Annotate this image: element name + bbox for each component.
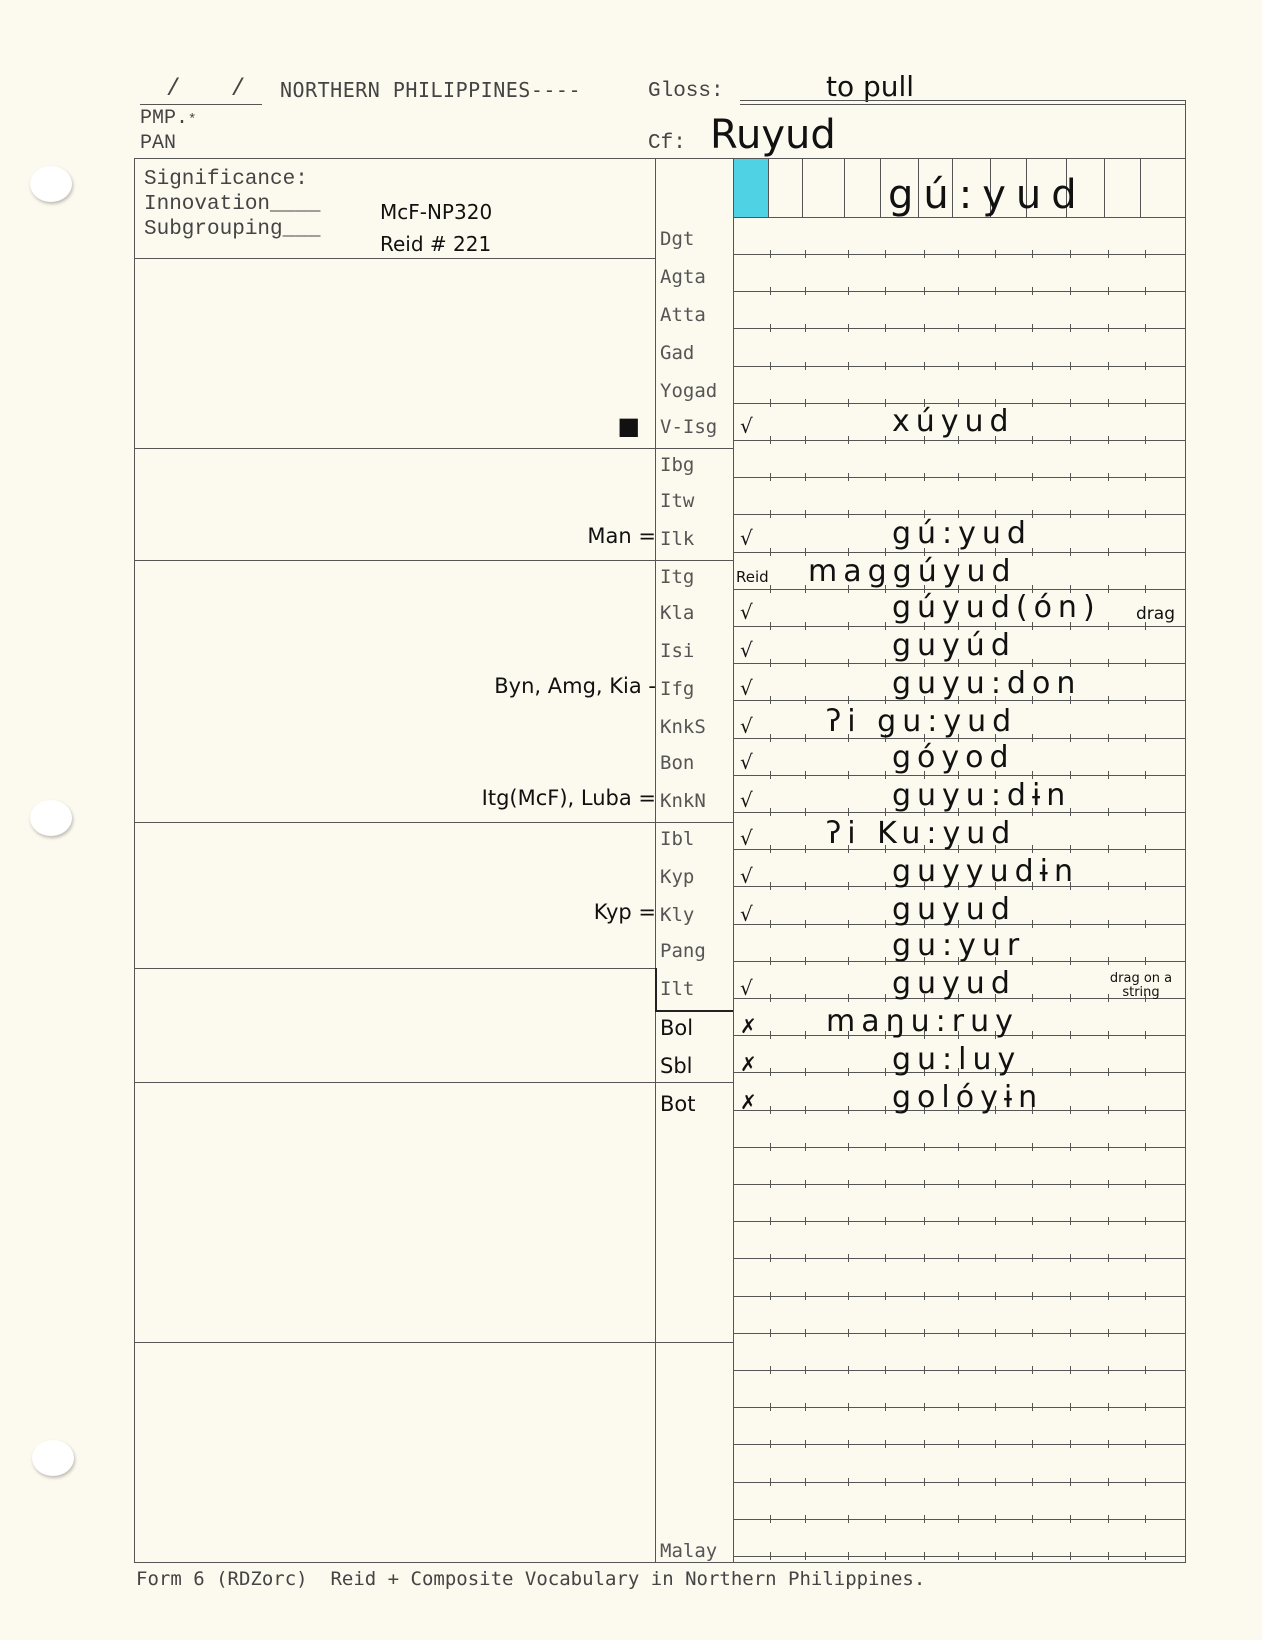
rule-tick xyxy=(1108,399,1109,407)
rule-tick xyxy=(885,1106,886,1114)
rule-tick xyxy=(885,1552,886,1560)
rule-tick xyxy=(1145,920,1146,928)
row-rule xyxy=(734,1519,1185,1520)
row-rule xyxy=(734,1556,1185,1557)
rule-tick xyxy=(848,1106,849,1114)
rule-tick xyxy=(1070,250,1071,258)
rule-tick xyxy=(995,1440,996,1448)
rule-tick xyxy=(885,1068,886,1076)
rule-tick xyxy=(1070,1366,1071,1374)
rule-tick xyxy=(1032,1180,1033,1188)
rule-tick xyxy=(924,1217,925,1225)
frame-left xyxy=(134,158,135,1562)
rule-tick xyxy=(924,287,925,295)
row-rule xyxy=(734,1482,1185,1483)
rule-tick xyxy=(1145,1552,1146,1560)
rule-tick xyxy=(924,1552,925,1560)
rule-tick xyxy=(1070,1143,1071,1151)
rule-tick xyxy=(1108,882,1109,890)
rule-tick xyxy=(1108,1106,1109,1114)
rule-tick xyxy=(770,324,771,332)
rule-tick xyxy=(770,696,771,704)
rule-tick xyxy=(995,250,996,258)
rule-tick xyxy=(1070,734,1071,742)
frame-bottom xyxy=(134,1562,1186,1563)
rule-tick xyxy=(885,1143,886,1151)
rule-tick xyxy=(1108,920,1109,928)
cognate-form: guyyudɨn xyxy=(892,854,1079,889)
rule-tick xyxy=(770,510,771,518)
rule-tick xyxy=(885,808,886,816)
row-rule xyxy=(734,1147,1185,1148)
rule-tick xyxy=(770,771,771,779)
rule-tick xyxy=(1108,436,1109,444)
rule-tick xyxy=(958,362,959,370)
lang-label: KnkS xyxy=(660,716,732,738)
rule-tick xyxy=(848,957,849,965)
rule-tick xyxy=(1145,957,1146,965)
lang-label: Bot xyxy=(660,1092,732,1116)
row-rule xyxy=(734,1407,1185,1408)
rule-tick xyxy=(1145,1440,1146,1448)
rule-tick xyxy=(1108,1552,1109,1560)
rule-tick xyxy=(805,1031,806,1039)
rule-tick xyxy=(1032,473,1033,481)
rule-tick xyxy=(770,362,771,370)
rule-tick xyxy=(805,845,806,853)
cognate-form: maŋu:ruy xyxy=(826,1004,1019,1039)
rule-tick xyxy=(1108,1366,1109,1374)
rule-tick xyxy=(805,1254,806,1262)
rule-tick xyxy=(1108,1217,1109,1225)
rule-tick xyxy=(1070,510,1071,518)
row-rule xyxy=(734,1296,1185,1297)
rule-tick xyxy=(1032,510,1033,518)
row-rule xyxy=(734,626,1185,627)
rule-tick xyxy=(1145,1403,1146,1411)
rule-tick xyxy=(770,1143,771,1151)
rule-tick xyxy=(770,994,771,1002)
check-mark: √ xyxy=(740,750,753,774)
reconstructed-form: gú:yud xyxy=(888,172,1087,218)
grid-cell-divider xyxy=(768,159,769,217)
rule-tick xyxy=(848,1515,849,1523)
rule-tick xyxy=(805,957,806,965)
rule-tick xyxy=(885,622,886,630)
group-divider-4 xyxy=(134,968,655,969)
cognate-form: góyod xyxy=(892,740,1015,775)
cf-label: Cf: xyxy=(648,132,686,155)
rule-tick xyxy=(805,1515,806,1523)
rule-tick xyxy=(885,659,886,667)
rule-tick xyxy=(770,808,771,816)
rule-tick xyxy=(958,287,959,295)
rule-tick xyxy=(1108,548,1109,556)
cognate-form: gu:luy xyxy=(892,1042,1021,1077)
rule-tick xyxy=(770,250,771,258)
lang-label: Ilk xyxy=(660,528,732,550)
rule-tick xyxy=(848,1440,849,1448)
rule-tick xyxy=(1145,1143,1146,1151)
rule-tick xyxy=(995,1403,996,1411)
rule-tick xyxy=(1070,920,1071,928)
gloss-underline xyxy=(740,104,1186,105)
ilt-bracket-bottom xyxy=(655,1010,733,1012)
row-rule xyxy=(734,514,1185,515)
date-underline xyxy=(140,104,262,105)
pmp-star: * xyxy=(188,112,196,128)
check-mark: ✗ xyxy=(740,1052,757,1076)
left-note: Kyp = xyxy=(594,900,656,924)
rule-tick xyxy=(1108,1292,1109,1300)
rule-tick xyxy=(1070,436,1071,444)
rule-tick xyxy=(805,1068,806,1076)
check-mark: √ xyxy=(740,902,753,926)
rule-tick xyxy=(1145,1217,1146,1225)
rule-tick xyxy=(1032,1068,1033,1076)
right-note: drag on a string xyxy=(1106,972,1176,1000)
rule-tick xyxy=(770,845,771,853)
rule-tick xyxy=(1145,659,1146,667)
rule-tick xyxy=(1108,734,1109,742)
rule-tick xyxy=(995,1217,996,1225)
left-note: Byn, Amg, Kia - xyxy=(494,674,656,698)
highlight-cell xyxy=(734,159,768,217)
rule-tick xyxy=(805,1478,806,1486)
lang-label: Ifg xyxy=(660,678,732,700)
rule-tick xyxy=(770,1254,771,1262)
rule-tick xyxy=(924,1292,925,1300)
rule-tick xyxy=(1145,287,1146,295)
rule-tick xyxy=(885,250,886,258)
rule-tick xyxy=(805,473,806,481)
rule-tick xyxy=(805,362,806,370)
rule-tick xyxy=(958,1217,959,1225)
rule-tick xyxy=(1032,436,1033,444)
cognate-form: gu:yur xyxy=(892,928,1025,963)
rule-tick xyxy=(1070,1106,1071,1114)
rule-tick xyxy=(995,324,996,332)
rule-tick xyxy=(1032,1329,1033,1337)
rule-tick xyxy=(848,362,849,370)
rule-tick xyxy=(1070,1440,1071,1448)
check-mark: √ xyxy=(740,676,753,700)
cognate-form: guyud xyxy=(892,892,1016,927)
rule-tick xyxy=(805,436,806,444)
rule-tick xyxy=(805,882,806,890)
rule-tick xyxy=(770,659,771,667)
rule-tick xyxy=(1145,585,1146,593)
rule-tick xyxy=(885,1440,886,1448)
rule-tick xyxy=(885,1217,886,1225)
rule-tick xyxy=(848,1403,849,1411)
rule-tick xyxy=(1108,845,1109,853)
rule-tick xyxy=(1032,1515,1033,1523)
rule-tick xyxy=(848,473,849,481)
rule-tick xyxy=(770,1403,771,1411)
rule-tick xyxy=(805,1292,806,1300)
rule-tick xyxy=(885,1180,886,1188)
rule-tick xyxy=(1145,1254,1146,1262)
rule-tick xyxy=(770,436,771,444)
rule-tick xyxy=(848,994,849,1002)
right-note: drag xyxy=(1136,604,1175,624)
lang-label: Agta xyxy=(660,266,732,288)
rule-tick xyxy=(1145,845,1146,853)
rule-tick xyxy=(1108,696,1109,704)
check-mark: √ xyxy=(740,864,753,888)
rule-tick xyxy=(885,399,886,407)
rule-tick xyxy=(924,1329,925,1337)
rule-tick xyxy=(1070,1254,1071,1262)
rule-tick xyxy=(1070,1031,1071,1039)
pmp-text: PMP. xyxy=(140,107,188,130)
rule-tick xyxy=(770,1515,771,1523)
source-mark: Reid xyxy=(736,568,769,586)
rule-tick xyxy=(885,696,886,704)
rule-tick xyxy=(1108,808,1109,816)
rule-tick xyxy=(1070,845,1071,853)
rule-tick xyxy=(1145,436,1146,444)
rule-tick xyxy=(885,287,886,295)
binder-hole-bottom xyxy=(32,1440,74,1476)
rule-tick xyxy=(1145,1068,1146,1076)
rule-tick xyxy=(885,957,886,965)
rule-tick xyxy=(1070,1217,1071,1225)
row-rule xyxy=(734,552,1185,553)
row-rule xyxy=(734,1221,1185,1222)
gloss-value: to pull xyxy=(826,70,914,103)
rule-tick xyxy=(1032,1143,1033,1151)
rule-tick xyxy=(885,1366,886,1374)
rule-tick xyxy=(805,287,806,295)
rule-tick xyxy=(770,1068,771,1076)
rule-tick xyxy=(924,1515,925,1523)
rule-tick xyxy=(958,1478,959,1486)
check-mark: √ xyxy=(740,976,753,1000)
rule-tick xyxy=(924,1366,925,1374)
rule-tick xyxy=(885,994,886,1002)
rule-tick xyxy=(848,250,849,258)
rule-tick xyxy=(848,1292,849,1300)
subgrouping-label: Subgrouping___ xyxy=(144,218,320,241)
rule-tick xyxy=(1070,1329,1071,1337)
gloss-label: Gloss: xyxy=(648,80,724,103)
rule-tick xyxy=(1108,250,1109,258)
group-divider-3 xyxy=(134,822,733,823)
check-mark: √ xyxy=(740,714,753,738)
lang-label: Itw xyxy=(660,490,732,512)
rule-tick xyxy=(1032,1366,1033,1374)
rule-tick xyxy=(958,1292,959,1300)
rule-tick xyxy=(995,1552,996,1560)
frame-right-top xyxy=(1185,100,1186,158)
rule-tick xyxy=(1108,324,1109,332)
check-mark: √ xyxy=(740,600,753,624)
rule-tick xyxy=(1145,1366,1146,1374)
rule-tick xyxy=(1070,362,1071,370)
rule-tick xyxy=(924,1440,925,1448)
rule-tick xyxy=(924,324,925,332)
frame-right xyxy=(1185,158,1186,1562)
grid-cell-divider xyxy=(1104,159,1105,217)
rule-tick xyxy=(805,994,806,1002)
rule-tick xyxy=(1070,1552,1071,1560)
rule-tick xyxy=(995,473,996,481)
rule-tick xyxy=(1108,362,1109,370)
rule-tick xyxy=(805,1329,806,1337)
rule-tick xyxy=(995,1292,996,1300)
row-rule xyxy=(734,1333,1185,1334)
rule-tick xyxy=(770,622,771,630)
rule-tick xyxy=(1145,250,1146,258)
rule-tick xyxy=(805,399,806,407)
rule-tick xyxy=(1032,845,1033,853)
rule-tick xyxy=(770,1329,771,1337)
rule-tick xyxy=(1032,250,1033,258)
cognate-form: golóyɨn xyxy=(892,1080,1043,1115)
binder-hole-top xyxy=(30,166,72,202)
grid-cell-divider xyxy=(844,159,845,217)
rule-tick xyxy=(1070,994,1071,1002)
rule-tick xyxy=(1145,1106,1146,1114)
rule-tick xyxy=(1070,399,1071,407)
rule-tick xyxy=(1070,473,1071,481)
row-rule xyxy=(734,1370,1185,1371)
rule-tick xyxy=(924,1143,925,1151)
rule-tick xyxy=(885,1478,886,1486)
rule-tick xyxy=(805,250,806,258)
lang-label: KnkN xyxy=(660,790,732,812)
rule-tick xyxy=(885,1254,886,1262)
lang-label: Isi xyxy=(660,640,732,662)
rule-tick xyxy=(885,1403,886,1411)
rule-tick xyxy=(958,1440,959,1448)
rule-tick xyxy=(1032,324,1033,332)
rule-tick xyxy=(885,362,886,370)
rule-tick xyxy=(958,1329,959,1337)
rule-tick xyxy=(770,1180,771,1188)
rule-tick xyxy=(848,1254,849,1262)
row-rule xyxy=(734,291,1185,292)
rule-tick xyxy=(958,1552,959,1560)
rule-tick xyxy=(1108,1478,1109,1486)
cognate-form: guyud xyxy=(892,966,1016,1001)
rule-tick xyxy=(770,957,771,965)
lang-label: Bol xyxy=(660,1016,732,1040)
rule-tick xyxy=(1108,1068,1109,1076)
rule-tick xyxy=(1032,1254,1033,1262)
rule-tick xyxy=(885,1515,886,1523)
cognate-form: ʔi Ku:yud xyxy=(826,816,1016,851)
rule-tick xyxy=(924,1478,925,1486)
subgrouping-note: Reid # 221 xyxy=(380,232,491,256)
rule-tick xyxy=(1032,1403,1033,1411)
left-note: Man = xyxy=(587,524,656,548)
rule-tick xyxy=(885,920,886,928)
rule-tick xyxy=(1032,362,1033,370)
lang-label: Sbl xyxy=(660,1054,732,1078)
rule-tick xyxy=(848,510,849,518)
rule-tick xyxy=(805,771,806,779)
rule-tick xyxy=(1070,1403,1071,1411)
rule-tick xyxy=(1145,362,1146,370)
rule-tick xyxy=(1070,957,1071,965)
rule-tick xyxy=(958,1143,959,1151)
rule-tick xyxy=(848,920,849,928)
rule-tick xyxy=(1108,1180,1109,1188)
lang-label: Kyp xyxy=(660,866,732,888)
check-mark: ✗ xyxy=(740,1090,757,1114)
rule-tick xyxy=(770,1031,771,1039)
rule-tick xyxy=(1070,1180,1071,1188)
rule-tick xyxy=(770,1217,771,1225)
group-divider-5 xyxy=(134,1082,733,1083)
rule-tick xyxy=(1145,399,1146,407)
rule-tick xyxy=(958,250,959,258)
rule-tick xyxy=(1108,1515,1109,1523)
cognate-form: guyúd xyxy=(892,628,1016,663)
lang-label: Kla xyxy=(660,602,732,624)
rule-tick xyxy=(958,1366,959,1374)
rule-tick xyxy=(1145,1478,1146,1486)
rule-tick xyxy=(1108,287,1109,295)
row-rule xyxy=(734,366,1185,367)
cognate-form: guyu:dɨn xyxy=(892,778,1071,813)
rule-tick xyxy=(805,1440,806,1448)
rule-tick xyxy=(805,920,806,928)
rule-tick xyxy=(995,1329,996,1337)
rule-tick xyxy=(770,882,771,890)
significance-bottom xyxy=(134,258,655,259)
row-rule xyxy=(734,477,1185,478)
rule-tick xyxy=(924,250,925,258)
cognate-form: xúyud xyxy=(892,404,1015,439)
rule-tick xyxy=(1145,473,1146,481)
rule-tick xyxy=(770,1366,771,1374)
rule-tick xyxy=(1108,1403,1109,1411)
row-rule xyxy=(734,1184,1185,1185)
rule-tick xyxy=(1070,324,1071,332)
rule-tick xyxy=(1108,771,1109,779)
lang-label: Ibg xyxy=(660,454,732,476)
frame-top xyxy=(134,158,1186,159)
cf-value: Ruyud xyxy=(710,112,836,158)
lang-label: Dgt xyxy=(660,228,732,250)
rule-tick xyxy=(848,1366,849,1374)
rule-tick xyxy=(1070,548,1071,556)
rule-tick xyxy=(1145,548,1146,556)
grid-cell-divider xyxy=(802,159,803,217)
rule-tick xyxy=(885,1329,886,1337)
rule-tick xyxy=(770,1552,771,1560)
rule-tick xyxy=(805,1180,806,1188)
rule-tick xyxy=(924,1403,925,1411)
rule-tick xyxy=(1108,1031,1109,1039)
rule-tick xyxy=(770,1292,771,1300)
rule-tick xyxy=(1108,510,1109,518)
form-title: NORTHERN PHILIPPINES---- xyxy=(280,78,581,102)
check-mark: √ xyxy=(740,526,753,550)
cognate-form: guyu:don xyxy=(892,666,1081,701)
check-mark: ✗ xyxy=(740,1014,757,1038)
rule-tick xyxy=(1145,1180,1146,1188)
rule-tick xyxy=(1032,957,1033,965)
lang-label: Itg xyxy=(660,566,732,588)
rule-tick xyxy=(1032,1217,1033,1225)
rule-tick xyxy=(1145,696,1146,704)
rule-tick xyxy=(805,1366,806,1374)
